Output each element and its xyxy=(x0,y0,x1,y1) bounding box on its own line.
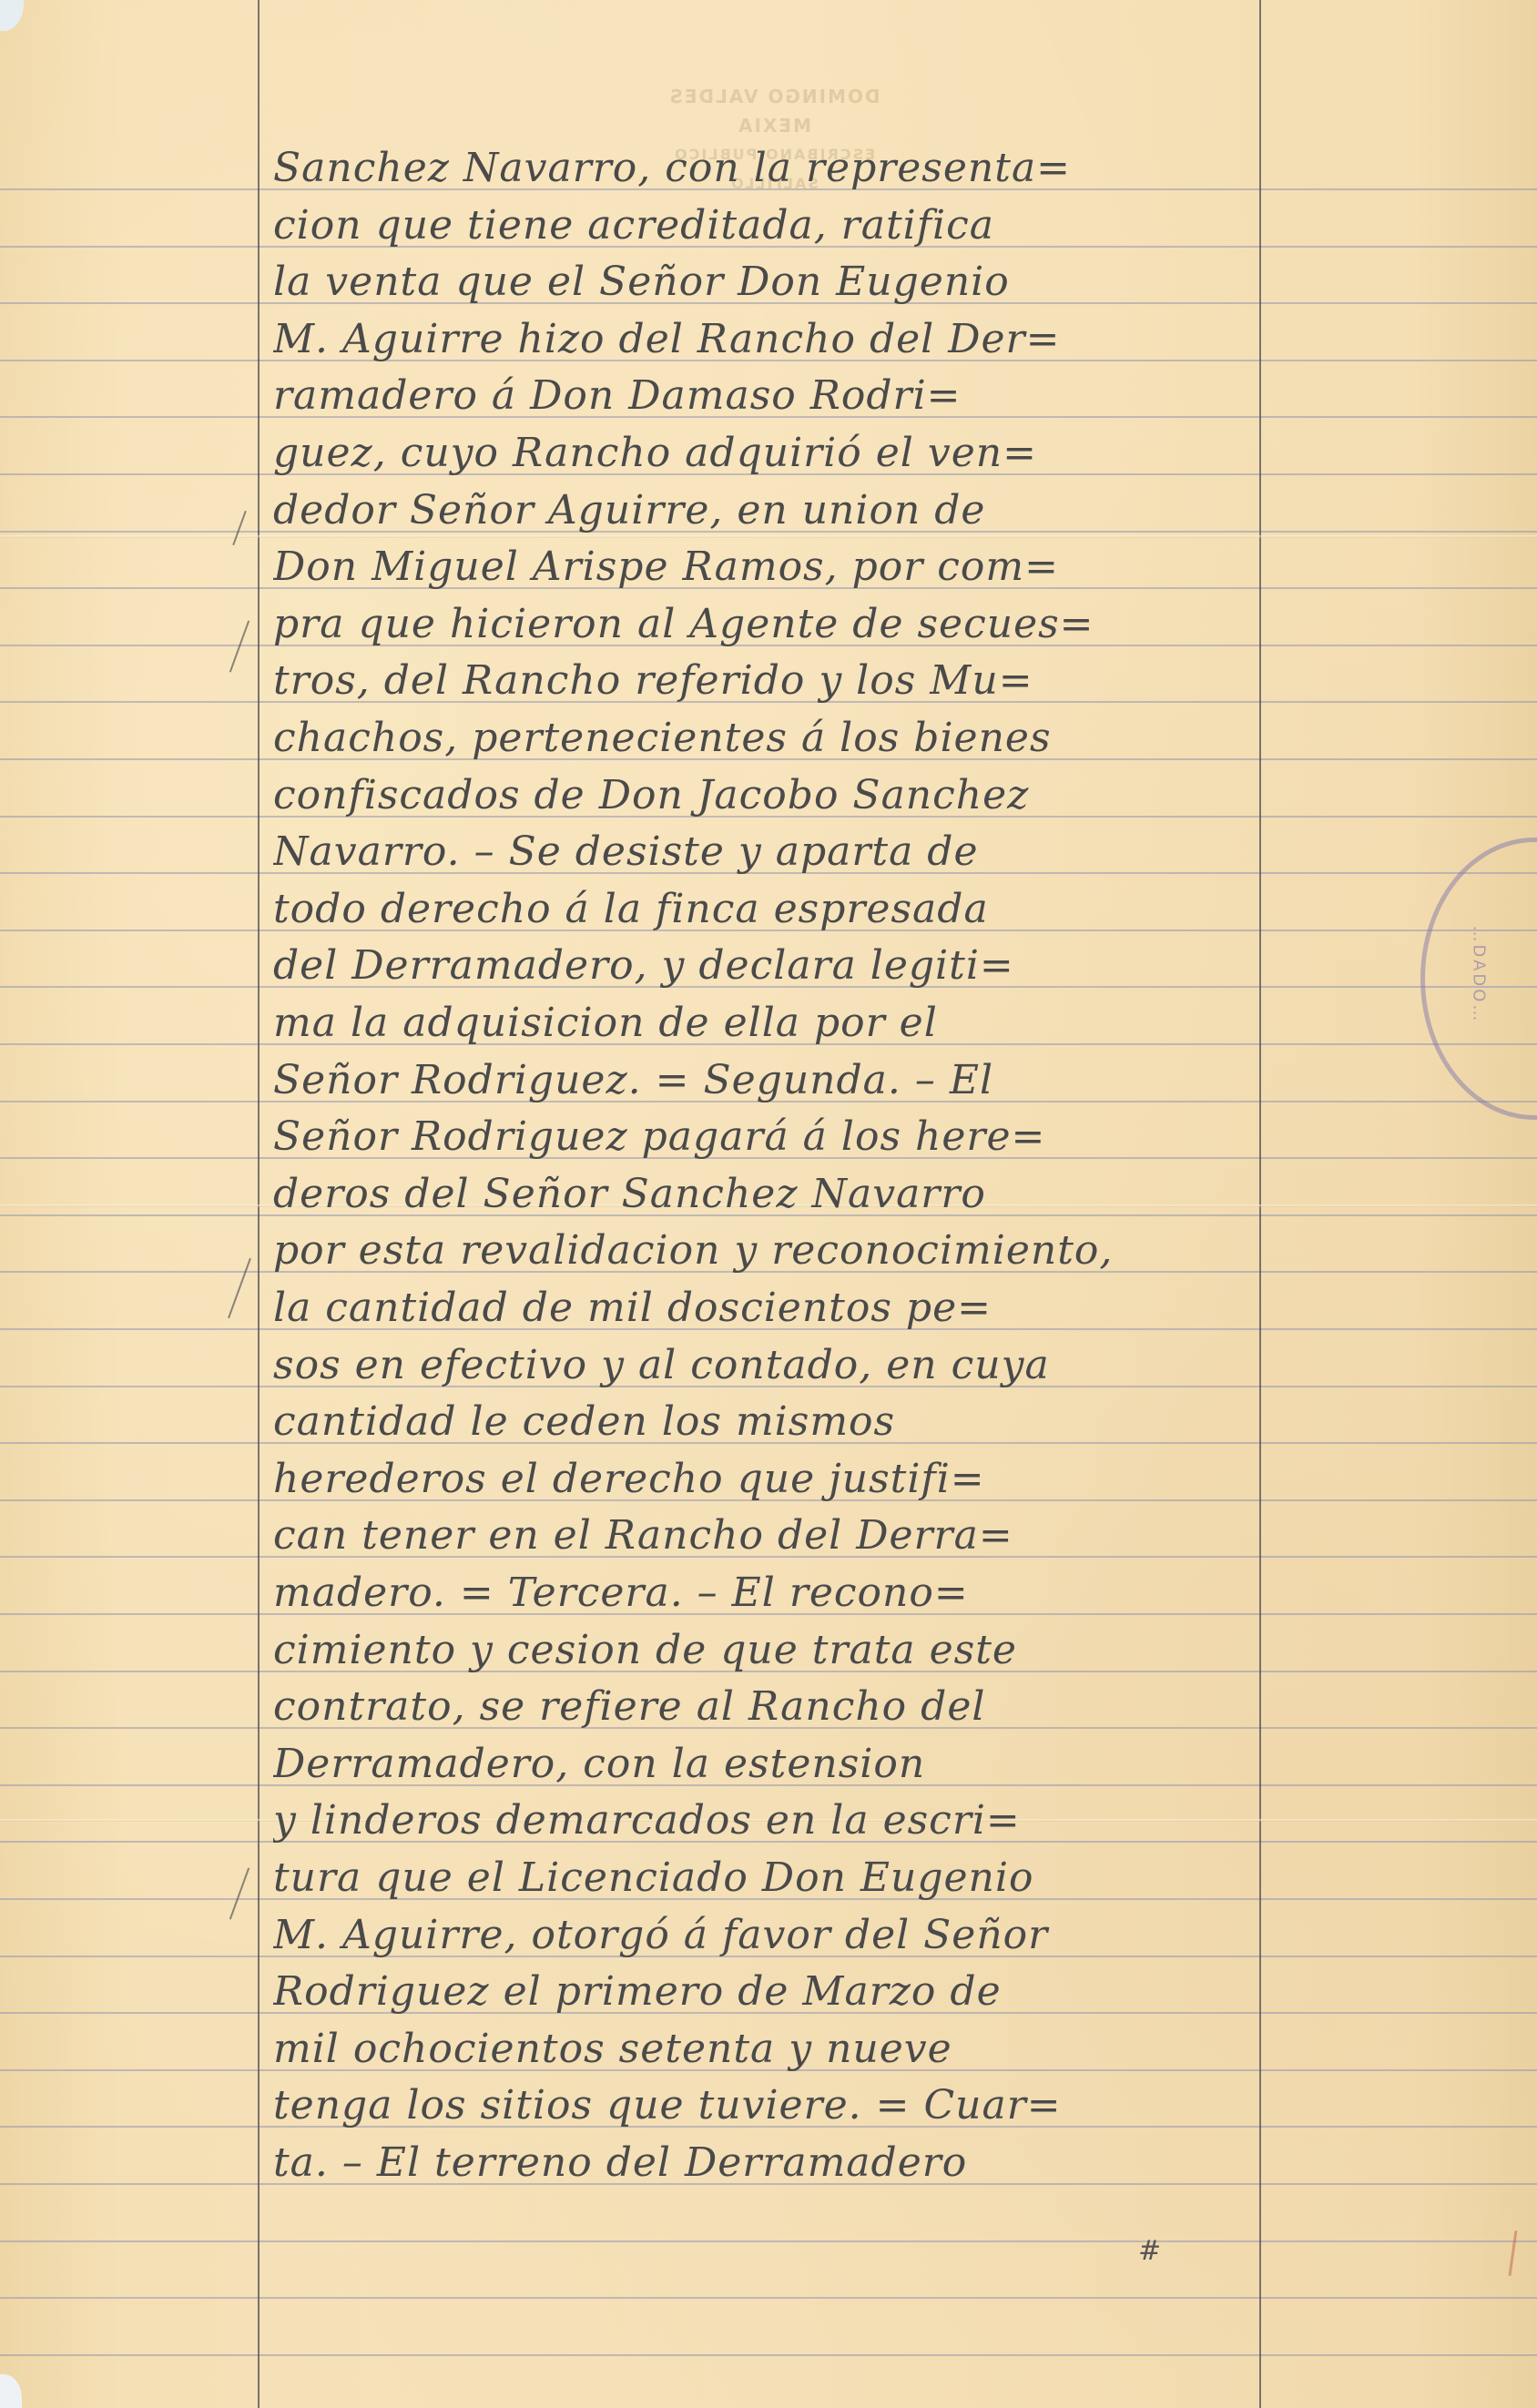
handwritten-line: tenga los sitios que tuviere. = Cuar= xyxy=(273,2078,1257,2133)
handwritten-line: tura que el Licenciado Don Eugenio xyxy=(273,1851,1257,1905)
handwritten-line: can tener en el Rancho del Derra= xyxy=(273,1509,1257,1563)
handwritten-line: cantidad le ceden los mismos xyxy=(273,1395,1257,1449)
handwritten-line: sos en efectivo y al contado, en cuya xyxy=(273,1338,1257,1393)
handwritten-line: madero. = Tercera. – El recono= xyxy=(273,1566,1257,1621)
handwritten-line: herederos el derecho que justifi= xyxy=(273,1452,1257,1507)
handwritten-line: confiscados de Don Jacobo Sanchez xyxy=(273,768,1257,823)
handwritten-line: del Derramadero, y declara legiti= xyxy=(273,939,1257,993)
handwritten-line: la venta que el Señor Don Eugenio xyxy=(273,255,1257,310)
handwritten-line: mil ochocientos setenta y nueve xyxy=(273,2022,1257,2077)
handwritten-line: la cantidad de mil doscientos pe= xyxy=(273,1281,1257,1336)
handwritten-line: pra que hicieron al Agente de secues= xyxy=(273,597,1257,652)
ruled-line xyxy=(0,2297,1537,2299)
handwritten-line: dedor Señor Aguirre, en union de xyxy=(273,483,1257,538)
handwritten-line: tros, del Rancho referido y los Mu= xyxy=(273,654,1257,708)
handwritten-line: Señor Rodriguez pagará á los here= xyxy=(273,1110,1257,1164)
handwritten-line: por esta revalidacion y reconocimiento, xyxy=(273,1224,1257,1278)
handwritten-line: contrato, se refiere al Rancho del xyxy=(273,1680,1257,1734)
handwritten-line: chachos, pertenecientes á los bienes xyxy=(273,711,1257,766)
handwritten-line: guez, cuyo Rancho adquirió el ven= xyxy=(273,426,1257,481)
handwritten-line: Navarro. – Se desiste y aparta de xyxy=(273,825,1257,879)
page-end-mark: # xyxy=(1138,2235,1161,2267)
handwritten-line: ma la adquisicion de ella por el xyxy=(273,996,1257,1051)
handwritten-line: Derramadero, con la estension xyxy=(273,1737,1257,1792)
handwritten-line: cion que tiene acreditada, ratifica xyxy=(273,198,1257,253)
handwritten-line: deros del Señor Sanchez Navarro xyxy=(273,1167,1257,1222)
handwritten-line: Sanchez Navarro, con la representa= xyxy=(273,141,1257,196)
handwritten-line: M. Aguirre hizo del Rancho del Der= xyxy=(273,312,1257,367)
handwritten-line: M. Aguirre, otorgó á favor del Señor xyxy=(273,1908,1257,1963)
handwritten-line: cimiento y cesion de que trata este xyxy=(273,1623,1257,1678)
ruled-line xyxy=(0,2240,1537,2242)
handwritten-line: ramadero á Don Damaso Rodri= xyxy=(273,369,1257,423)
handwritten-line: todo derecho á la finca espresada xyxy=(273,882,1257,937)
seal-line-1: DOMINGO VALDES MEXIA xyxy=(637,82,911,140)
handwritten-line: Señor Rodriguez. = Segunda. – El xyxy=(273,1053,1257,1108)
handwritten-line: Rodriguez el primero de Marzo de xyxy=(273,1965,1257,2019)
ink-stamp-text: …DADO… xyxy=(1469,926,1488,1024)
ruled-line xyxy=(0,2354,1537,2356)
handwritten-line: ta. – El terreno del Derramadero xyxy=(273,2136,1257,2190)
handwritten-line: Don Miguel Arispe Ramos, por com= xyxy=(273,540,1257,594)
handwritten-line: y linderos demarcados en la escri= xyxy=(273,1793,1257,1848)
